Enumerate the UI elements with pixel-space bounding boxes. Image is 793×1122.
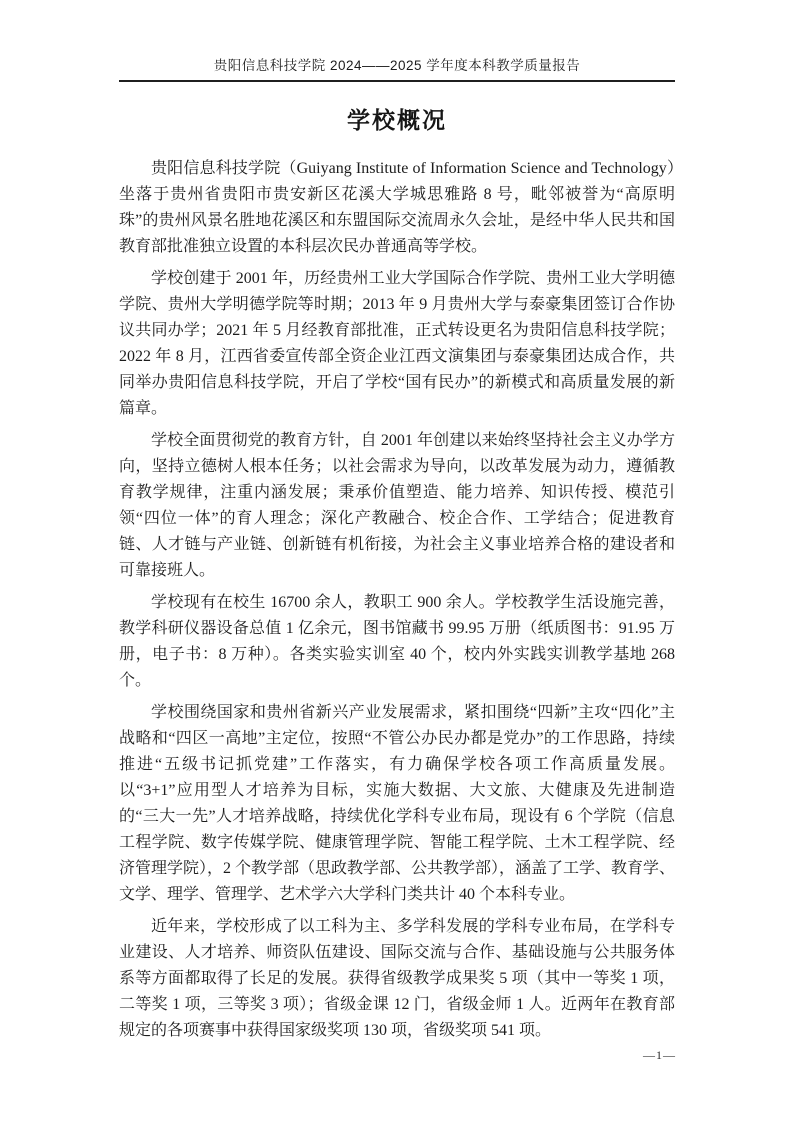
paragraph-achievements: 近年来，学校形成了以工科为主、多学科发展的学科专业布局，在学科专业建设、人才培养…	[119, 914, 675, 1044]
page-content: 贵阳信息科技学院 2024——2025 学年度本科教学质量报告 学校概况 贵阳信…	[119, 0, 675, 1044]
running-header-title: 贵阳信息科技学院 2024——2025 学年度本科教学质量报告	[119, 0, 675, 74]
paragraph-history: 学校创建于 2001 年，历经贵州工业大学国际合作学院、贵州工业大学明德学院、贵…	[119, 266, 675, 422]
paragraph-facilities-stats: 学校现有在校生 16700 余人，教职工 900 余人。学校教学生活设施完善，教…	[119, 590, 675, 694]
document-page: 贵阳信息科技学院 2024——2025 学年度本科教学质量报告 学校概况 贵阳信…	[0, 0, 793, 1122]
page-number: —1—	[643, 1048, 676, 1062]
document-body: 贵阳信息科技学院（Guiyang Institute of Informatio…	[119, 156, 675, 1044]
paragraph-school-intro: 贵阳信息科技学院（Guiyang Institute of Informatio…	[119, 156, 675, 260]
header-divider	[119, 80, 675, 82]
paragraph-strategy-structure: 学校围绕国家和贵州省新兴产业发展需求，紧扣围绕“四新”主攻“四化”主战略和“四区…	[119, 700, 675, 908]
section-title: 学校概况	[119, 105, 675, 135]
paragraph-education-policy: 学校全面贯彻党的教育方针，自 2001 年创建以来始终坚持社会主义办学方向，坚持…	[119, 428, 675, 584]
